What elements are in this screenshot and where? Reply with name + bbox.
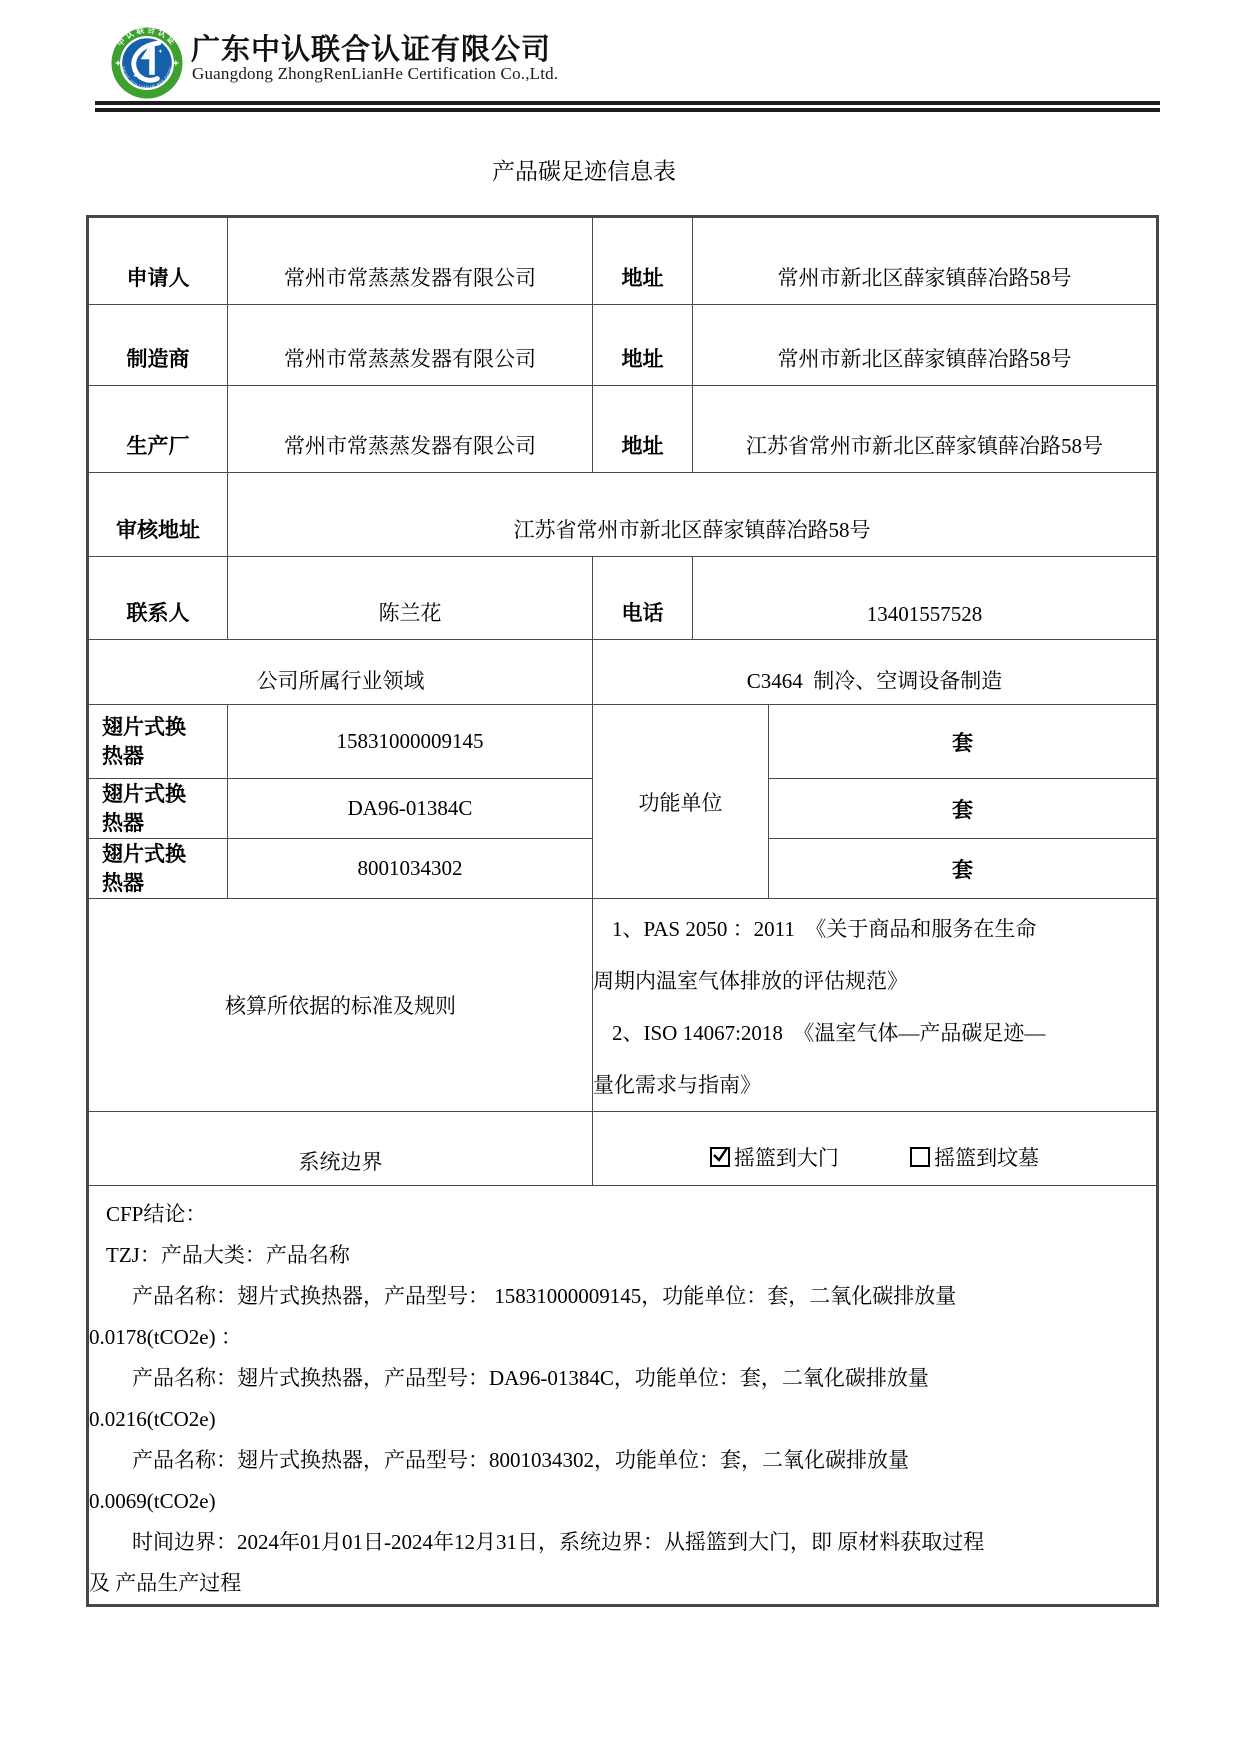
applicant-address: 常州市新北区薛家镇薛冶路58号 — [693, 217, 1158, 305]
table-row: 生产厂 常州市常蒸蒸发器有限公司 地址 江苏省常州市新北区薛家镇薛冶路58号 — [88, 386, 1158, 473]
standards-line: 1、PAS 2050 ：2011 《关于商品和服务在生命 — [593, 903, 1156, 955]
factory-label: 生产厂 — [88, 386, 228, 473]
table-row: 公司所属行业领域 C3464 制冷、空调设备制造 — [88, 640, 1158, 705]
checkbox-checked — [710, 1147, 730, 1167]
phone-value: 13401557528 — [693, 557, 1158, 640]
product-unit: 套 — [769, 705, 1158, 779]
system-boundary-label: 系统边界 — [88, 1112, 593, 1186]
product-row: 翅片式换热器 15831000009145 功能单位 套 — [88, 705, 1158, 779]
cfp-conclusion: CFP结论： TZJ：产品大类：产品名称 产品名称：翅片式换热器，产品型号： 1… — [88, 1186, 1158, 1606]
standards-line: 量化需求与指南》 — [593, 1059, 1156, 1111]
cfp-line: 产品名称：翅片式换热器，产品型号：8001034302，功能单位：套，二氧化碳排… — [89, 1440, 1156, 1481]
cfp-line: 0.0069(tCO2e) — [89, 1481, 1156, 1522]
boundary-option-cradle-to-grave: 摇篮到坟墓 — [910, 1146, 1039, 1170]
cfp-line: TZJ：产品大类：产品名称 — [89, 1235, 1156, 1276]
factory-address: 江苏省常州市新北区薛家镇薛冶路58号 — [693, 386, 1158, 473]
boundary-option-label: 摇篮到大门 — [734, 1146, 839, 1170]
company-name-cn: 广东中认联合认证有限公司 — [191, 27, 551, 68]
phone-label: 电话 — [593, 557, 693, 640]
manufacturer-address: 常州市新北区薛家镇薛冶路58号 — [693, 305, 1158, 386]
logo-bar-icon — [149, 46, 155, 75]
company-logo: 中认联合认证 ZHONG REN LIAN HE REN ZHENG — [110, 26, 184, 100]
letterhead: 中认联合认证 ZHONG REN LIAN HE REN ZHENG 广东中认联… — [0, 0, 1241, 118]
contact-label: 联系人 — [88, 557, 228, 640]
product-unit: 套 — [769, 779, 1158, 839]
factory-name: 常州市常蒸蒸发器有限公司 — [228, 386, 593, 473]
applicant-address-label: 地址 — [593, 217, 693, 305]
manufacturer-name: 常州市常蒸蒸发器有限公司 — [228, 305, 593, 386]
product-model: 15831000009145 — [228, 705, 593, 779]
functional-unit-label: 功能单位 — [593, 705, 769, 899]
table-row: 申请人 常州市常蒸蒸发器有限公司 地址 常州市新北区薛家镇薛冶路58号 — [88, 217, 1158, 305]
table-row: 审核地址 江苏省常州市新北区薛家镇薛冶路58号 — [88, 473, 1158, 557]
applicant-name: 常州市常蒸蒸发器有限公司 — [228, 217, 593, 305]
product-name: 翅片式换热器 — [88, 779, 228, 839]
standards-line: 周期内温室气体排放的评估规范》 — [593, 955, 1156, 1007]
product-model: 8001034302 — [228, 839, 593, 899]
company-name-en: Guangdong ZhongRenLianHe Certification C… — [192, 64, 558, 84]
cfp-line: 时间边界：2024年01月01日-2024年12月31日，系统边界：从摇篮到大门… — [89, 1522, 1156, 1563]
cfp-info-table: 申请人 常州市常蒸蒸发器有限公司 地址 常州市新北区薛家镇薛冶路58号 制造商 … — [86, 215, 1159, 1607]
standards-content: 1、PAS 2050 ：2011 《关于商品和服务在生命 周期内温室气体排放的评… — [593, 899, 1158, 1112]
page-title: 产品碳足迹信息表 — [49, 158, 1119, 185]
cfp-line: 产品名称：翅片式换热器，产品型号：DA96-01384C，功能单位：套，二氧化碳… — [89, 1358, 1156, 1399]
standards-label: 核算所依据的标准及规则 — [88, 899, 593, 1112]
cfp-line: 及 产品生产过程 — [89, 1563, 1156, 1604]
header-divider — [95, 101, 1160, 112]
cfp-line: 0.0178(tCO2e) ： — [89, 1317, 1156, 1358]
product-model: DA96-01384C — [228, 779, 593, 839]
table-row: 制造商 常州市常蒸蒸发器有限公司 地址 常州市新北区薛家镇薛冶路58号 — [88, 305, 1158, 386]
audit-address-value: 江苏省常州市新北区薛家镇薛冶路58号 — [228, 473, 1158, 557]
product-name: 翅片式换热器 — [88, 839, 228, 899]
industry-label: 公司所属行业领域 — [88, 640, 593, 705]
industry-value: C3464 制冷、空调设备制造 — [593, 640, 1158, 705]
boundary-option-cradle-to-gate: 摇篮到大门 — [710, 1146, 844, 1170]
applicant-label: 申请人 — [88, 217, 228, 305]
standards-row: 核算所依据的标准及规则 1、PAS 2050 ：2011 《关于商品和服务在生命… — [88, 899, 1158, 1112]
cfp-conclusion-row: CFP结论： TZJ：产品大类：产品名称 产品名称：翅片式换热器，产品型号： 1… — [88, 1186, 1158, 1606]
system-boundary-row: 系统边界 摇篮到大门 摇篮到坟墓 — [88, 1112, 1158, 1186]
checkbox-unchecked — [910, 1147, 930, 1167]
boundary-option-label: 摇篮到坟墓 — [934, 1146, 1039, 1170]
document-page: 中认联合认证 ZHONG REN LIAN HE REN ZHENG 广东中认联… — [0, 0, 1241, 1755]
manufacturer-label: 制造商 — [88, 305, 228, 386]
product-name: 翅片式换热器 — [88, 705, 228, 779]
cfp-line: CFP结论： — [89, 1194, 1156, 1235]
product-unit: 套 — [769, 839, 1158, 899]
factory-address-label: 地址 — [593, 386, 693, 473]
manufacturer-address-label: 地址 — [593, 305, 693, 386]
standards-line: 2、ISO 14067:2018 《温室气体—产品碳足迹— — [593, 1007, 1156, 1059]
contact-name: 陈兰花 — [228, 557, 593, 640]
check-icon — [711, 1145, 730, 1164]
system-boundary-options: 摇篮到大门 摇篮到坟墓 — [593, 1112, 1158, 1186]
cfp-line: 产品名称：翅片式换热器，产品型号： 15831000009145，功能单位：套，… — [89, 1276, 1156, 1317]
table-row: 联系人 陈兰花 电话 13401557528 — [88, 557, 1158, 640]
cfp-line: 0.0216(tCO2e) — [89, 1399, 1156, 1440]
audit-address-label: 审核地址 — [88, 473, 228, 557]
